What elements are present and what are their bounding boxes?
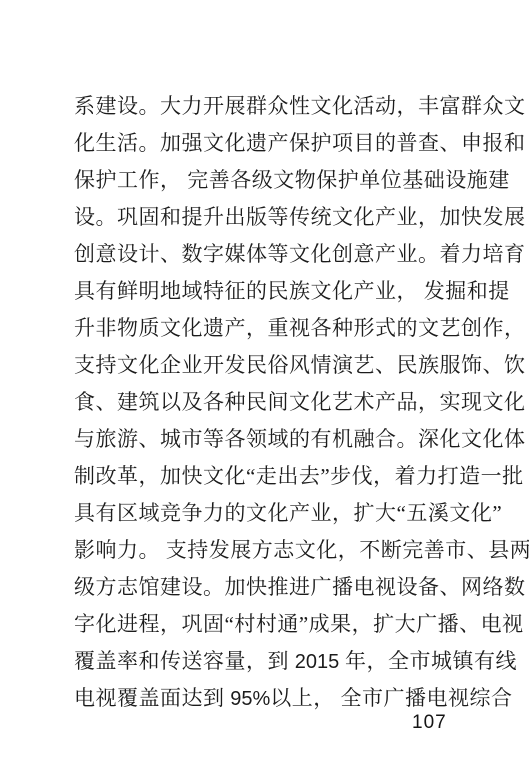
text-line: 具有鲜明地域特征的民族文化产业， 发掘和提 — [74, 273, 462, 310]
text-line: 与旅游、城市等各领域的有机融合。深化文化体 — [74, 421, 462, 458]
numeral: 95% — [230, 688, 270, 710]
paragraph-text: 系建设。大力开展群众性文化活动，丰富群众文 化生活。加强文化遗产保护项目的普查、… — [74, 88, 462, 717]
text-line: 保护工作， 完善各级文物保护单位基础设施建 — [74, 162, 462, 199]
text-line: 系建设。大力开展群众性文化活动，丰富群众文 — [74, 88, 462, 125]
text-line: 升非物质文化遗产，重视各种形式的文艺创作， — [74, 310, 462, 347]
text-line: 创意设计、数字媒体等文化创意产业。着力培育 — [74, 236, 462, 273]
text-line: 支持文化企业开发民俗风情演艺、民族服饰、饮 — [74, 347, 462, 384]
text-line: 字化进程，巩固“村村通”成果，扩大广播、电视 — [74, 606, 462, 643]
text-line: 化生活。加强文化遗产保护项目的普查、申报和 — [74, 125, 462, 162]
text-line: 覆盖率和传送容量，到 2015 年，全市城镇有线 — [74, 643, 462, 680]
book-page: 系建设。大力开展群众性文化活动，丰富群众文 化生活。加强文化遗产保护项目的普查、… — [0, 0, 529, 774]
text-line: 制改革，加快文化“走出去”步伐，着力打造一批 — [74, 458, 462, 495]
numeral: 2015 — [295, 651, 340, 673]
text-line: 级方志馆建设。加快推进广播电视设备、网络数 — [74, 569, 462, 606]
text-line: 电视覆盖面达到 95%以上， 全市广播电视综合 — [74, 680, 462, 717]
text-line: 影响力。 支持发展方志文化，不断完善市、县两 — [74, 532, 462, 569]
text-line: 食、建筑以及各种民间文化艺术产品，实现文化 — [74, 384, 462, 421]
text-line: 设。巩固和提升出版等传统文化产业，加快发展 — [74, 199, 462, 236]
text-line: 具有区域竞争力的文化产业，扩大“五溪文化” — [74, 495, 462, 532]
page-number: 107 — [412, 712, 447, 734]
